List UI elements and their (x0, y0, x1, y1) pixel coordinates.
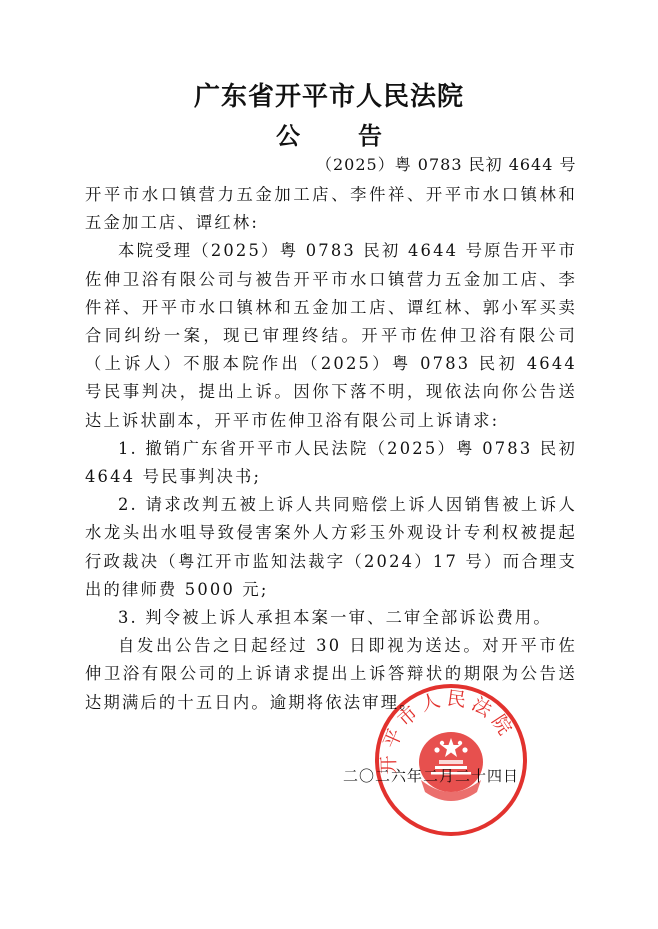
appeal-request-3: 3. 判令被上诉人承担本案一审、二审全部诉讼费用。 (85, 604, 577, 632)
case-number: （2025）粤 0783 民初 4644 号 (316, 152, 577, 175)
addressee: 开平市水口镇营力五金加工店、李件祥、开平市水口镇林和五金加工店、谭红林: (85, 181, 577, 237)
court-announcement-page: 广东省开平市人民法院 公告 （2025）粤 0783 民初 4644 号 开平市… (0, 0, 658, 929)
court-name-title: 广东省开平市人民法院 (0, 76, 658, 113)
national-emblem-icon (419, 732, 483, 801)
doc-type-char-2: 告 (358, 116, 382, 151)
doc-type-char-1: 公 (276, 116, 300, 151)
document-type-heading: 公告 (0, 116, 658, 151)
main-paragraph: 本院受理（2025）粤 0783 民初 4644 号原告开平市佐伸卫浴有限公司与… (85, 237, 577, 434)
appeal-request-2: 2. 请求改判五被上诉人共同赔偿上诉人因销售被上诉人水龙头出水咀导致侵害案外人方… (85, 491, 577, 604)
appeal-request-1: 1. 撤销广东省开平市人民法院（2025）粤 0783 民初 4644 号民事判… (85, 435, 577, 491)
announcement-body: 开平市水口镇营力五金加工店、李件祥、开平市水口镇林和五金加工店、谭红林: 本院受… (85, 181, 577, 717)
court-seal-stamp-icon: 开平市人民法院 (371, 680, 531, 840)
